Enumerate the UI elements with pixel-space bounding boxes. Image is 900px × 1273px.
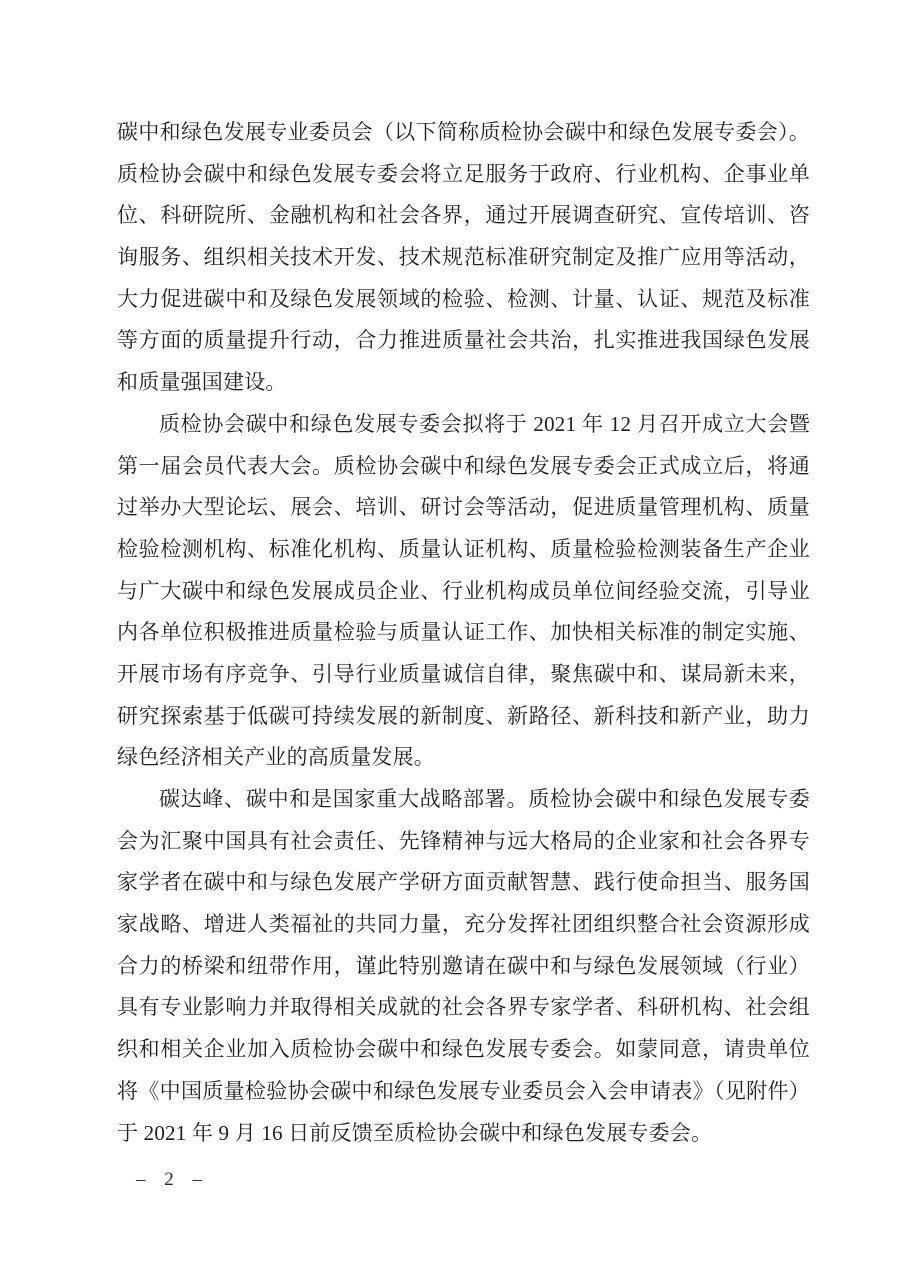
text-line: 碳达峰、碳中和是国家重大战略部署。质检协会碳中和绿色发展专委 — [117, 779, 810, 821]
text-line: 合力的桥梁和纽带作用，谨此特别邀请在碳中和与绿色发展领域（行业） — [117, 946, 810, 988]
text-line: 过举办大型论坛、展会、培训、研讨会等活动，促进质量管理机构、质量 — [117, 487, 810, 529]
document-body: 碳中和绿色发展专业委员会（以下简称质检协会碳中和绿色发展专委会）。质检协会碳中和… — [117, 112, 810, 1154]
text-line: 研究探索基于低碳可持续发展的新制度、新路径、新科技和新产业，助力 — [117, 696, 810, 738]
text-line: 会为汇聚中国具有社会责任、先锋精神与远大格局的企业家和社会各界专 — [117, 821, 810, 863]
text-line: 碳中和绿色发展专业委员会（以下简称质检协会碳中和绿色发展专委会）。 — [117, 112, 810, 154]
text-line: 开展市场有序竞争、引导行业质量诚信自律，聚焦碳中和、谋局新未来， — [117, 654, 810, 696]
text-line: 和质量强国建设。 — [117, 362, 810, 404]
text-line: 于 2021 年 9 月 16 日前反馈至质检协会碳中和绿色发展专委会。 — [117, 1113, 810, 1155]
text-line: 织和相关企业加入质检协会碳中和绿色发展专委会。如蒙同意，请贵单位 — [117, 1029, 810, 1071]
text-line: 第一届会员代表大会。质检协会碳中和绿色发展专委会正式成立后，将通 — [117, 446, 810, 488]
text-line: 询服务、组织相关技术开发、技术规范标准研究制定及推广应用等活动， — [117, 237, 810, 279]
text-line: 将《中国质量检验协会碳中和绿色发展专业委员会入会申请表》（见附件） — [117, 1071, 810, 1113]
text-line: 检验检测机构、标准化机构、质量认证机构、质量检验检测装备生产企业 — [117, 529, 810, 571]
page-number: – 2 – — [136, 1169, 206, 1191]
document-page: 碳中和绿色发展专业委员会（以下简称质检协会碳中和绿色发展专委会）。质检协会碳中和… — [0, 0, 900, 1273]
text-line: 等方面的质量提升行动，合力推进质量社会共治，扎实推进我国绿色发展 — [117, 320, 810, 362]
text-line: 位、科研院所、金融机构和社会各界，通过开展调查研究、宣传培训、咨 — [117, 195, 810, 237]
text-line: 内各单位积极推进质量检验与质量认证工作、加快相关标准的制定实施、 — [117, 612, 810, 654]
text-line: 家战略、增进人类福祉的共同力量，充分发挥社团组织整合社会资源形成 — [117, 904, 810, 946]
text-line: 具有专业影响力并取得相关成就的社会各界专家学者、科研机构、社会组 — [117, 987, 810, 1029]
text-line: 家学者在碳中和与绿色发展产学研方面贡献智慧、践行使命担当、服务国 — [117, 862, 810, 904]
text-line: 质检协会碳中和绿色发展专委会拟将于 2021 年 12 月召开成立大会暨 — [117, 404, 810, 446]
text-line: 大力促进碳中和及绿色发展领域的检验、检测、计量、认证、规范及标准 — [117, 279, 810, 321]
text-line: 质检协会碳中和绿色发展专委会将立足服务于政府、行业机构、企事业单 — [117, 154, 810, 196]
text-line: 绿色经济相关产业的高质量发展。 — [117, 737, 810, 779]
text-line: 与广大碳中和绿色发展成员企业、行业机构成员单位间经验交流，引导业 — [117, 571, 810, 613]
